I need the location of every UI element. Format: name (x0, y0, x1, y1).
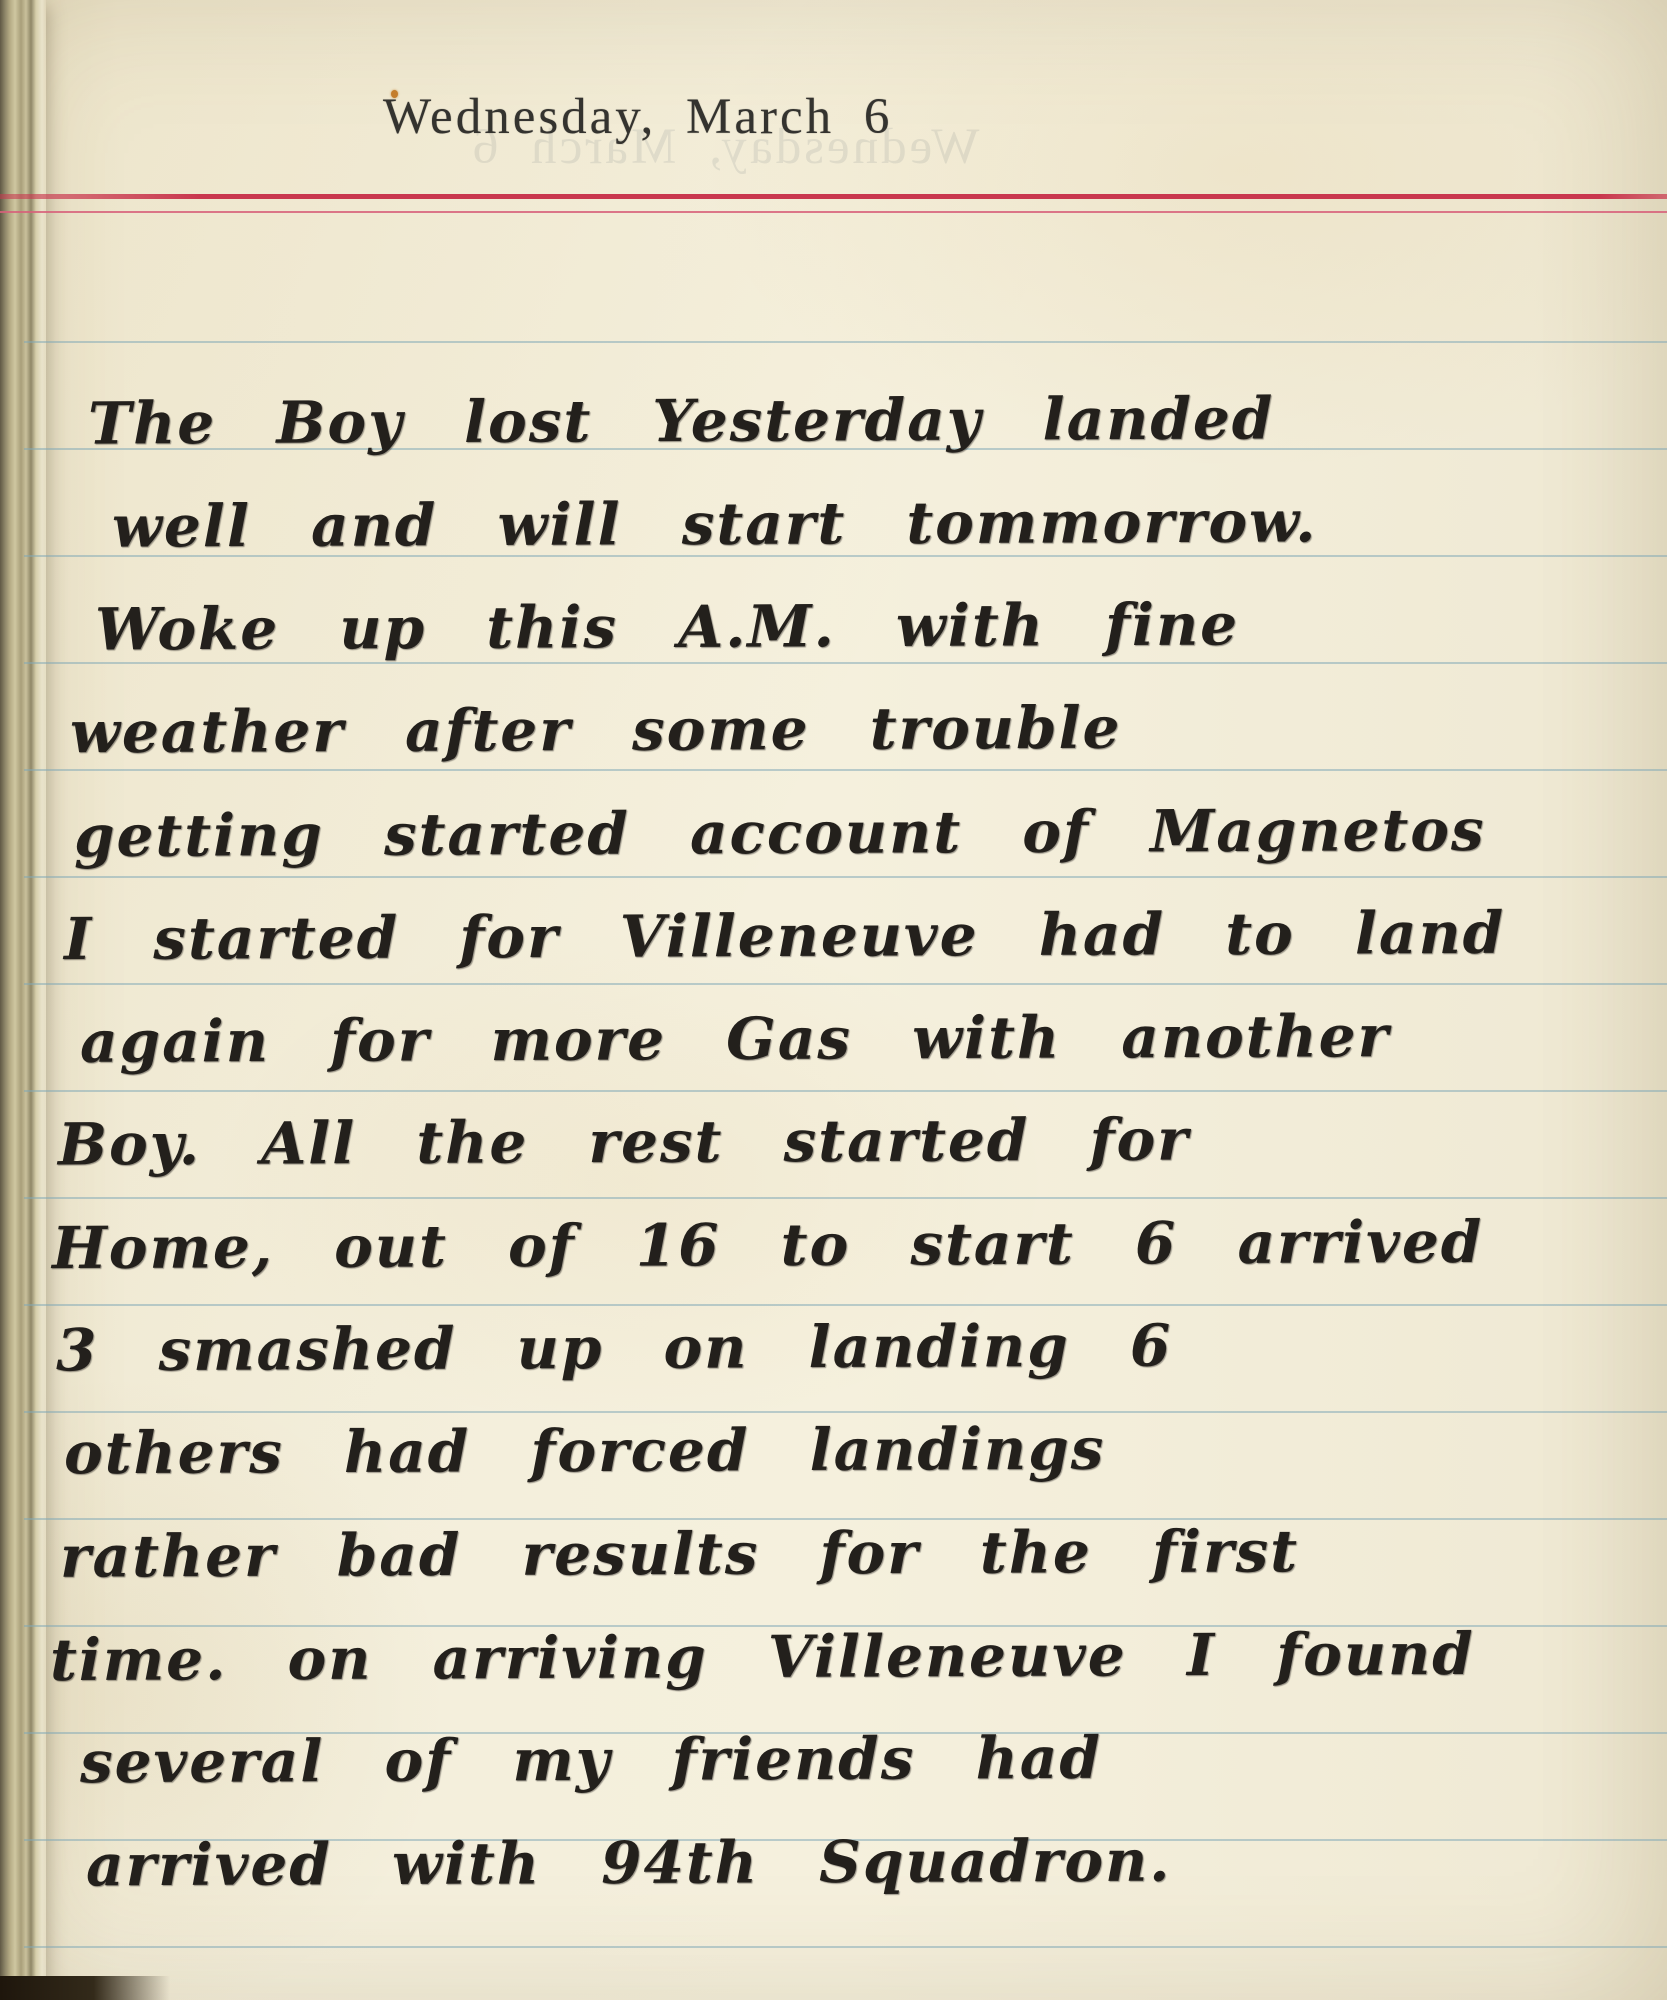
handwritten-line-7: again for more Gas with another (80, 1007, 1390, 1071)
handwritten-line-4: weather after some trouble (70, 699, 1122, 762)
handwritten-line-1: The Boy lost Yesterday landed (88, 389, 1275, 452)
handwritten-line-13: time. on arriving Villeneuve I found (50, 1625, 1475, 1689)
handwritten-line-10: 3 smashed up on landing 6 (56, 1317, 1172, 1380)
handwritten-line-6: I started for Villeneuve had to land (64, 904, 1506, 968)
handwritten-line-3: Woke up this A.M. with fine (95, 596, 1239, 659)
handwritten-line-14: several of my friends had (80, 1729, 1102, 1791)
handwritten-line-15: arrived with 94th Squadron. (86, 1832, 1172, 1895)
handwritten-line-9: Home, out of 16 to start 6 arrived (52, 1213, 1484, 1277)
handwritten-line-5: getting started account of Magnetos (74, 801, 1486, 865)
handwritten-line-2: well and will start tommorrow. (112, 492, 1318, 555)
handwritten-line-12: rather bad results for the first (60, 1522, 1299, 1585)
diary-entry: The Boy lost Yesterday landed well and w… (0, 0, 1667, 2000)
diary-page: Wednesday, March 6 Wednesday, March 6 Th… (0, 0, 1667, 2000)
handwritten-line-11: others had forced landings (64, 1420, 1106, 1483)
bottom-left-shadow (0, 1976, 170, 2000)
handwritten-line-8: Boy. All the rest started for (58, 1111, 1190, 1174)
